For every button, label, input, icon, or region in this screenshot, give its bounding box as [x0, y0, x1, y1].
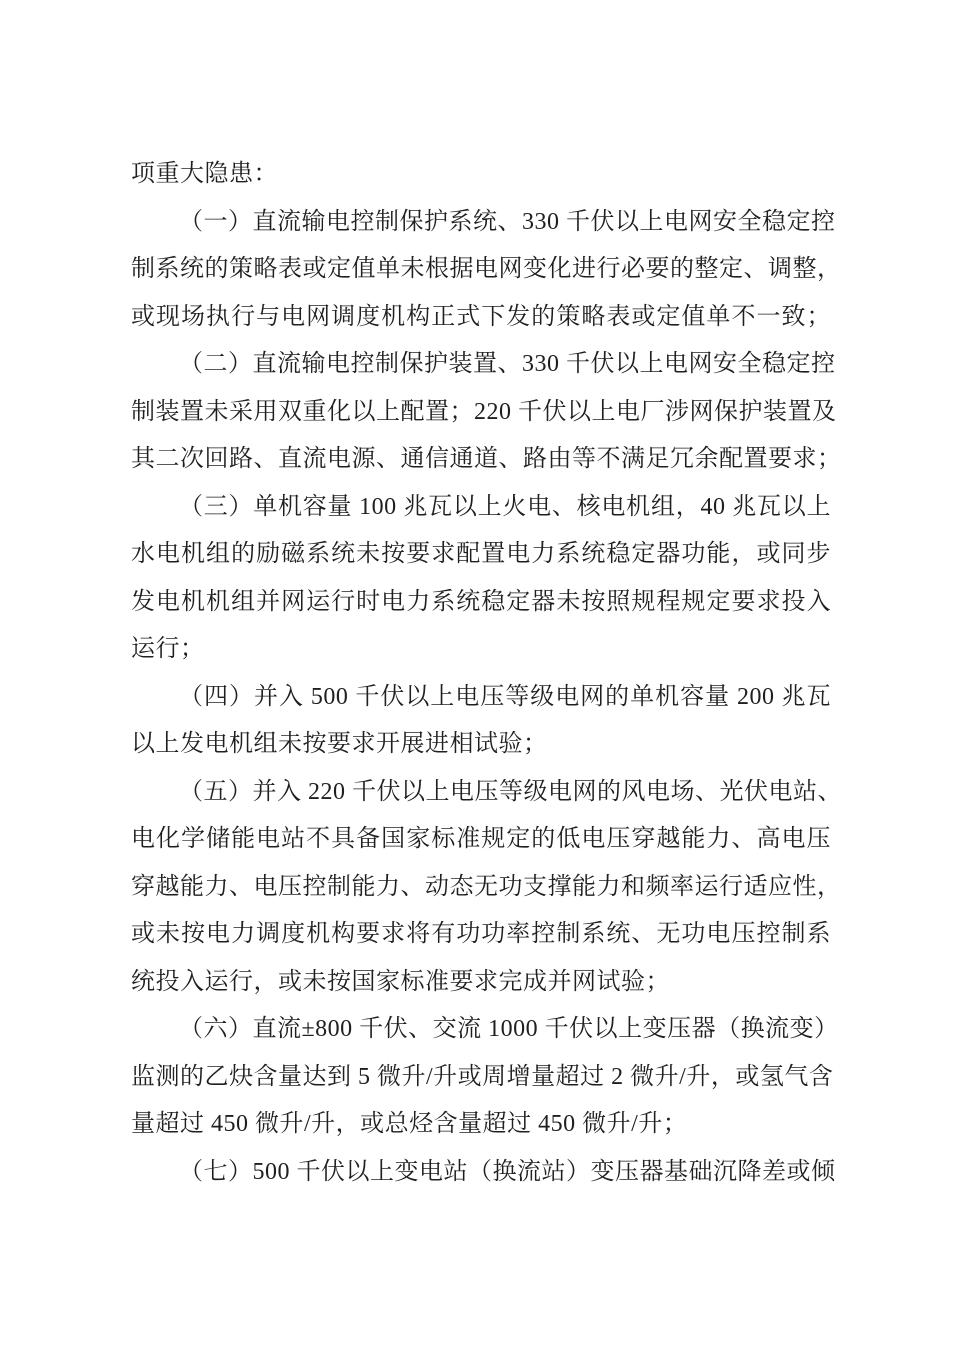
text-line: （七）500 千伏以上变电站（换流站）变压器基础沉降差或倾 — [131, 1149, 831, 1197]
document-page: 项重大隐患： （一）直流输电控制保护系统、330 千伏以上电网安全稳定控 制系统… — [0, 0, 960, 1358]
text-line: 统投入运行，或未按国家标准要求完成并网试验； — [131, 959, 831, 1007]
text-line: 制装置未采用双重化以上配置；220 千伏以上电厂涉网保护装置及 — [131, 389, 831, 437]
text-line: 其二次回路、直流电源、通信通道、路由等不满足冗余配置要求； — [131, 436, 831, 484]
text-line: 监测的乙炔含量达到 5 微升/升或周增量超过 2 微升/升，或氢气含 — [131, 1054, 831, 1102]
paragraph-item-3: （三）单机容量 100 兆瓦以上火电、核电机组，40 兆瓦以上 水电机组的励磁系… — [131, 484, 831, 674]
text-line: （六）直流±800 千伏、交流 1000 千伏以上变压器（换流变） — [131, 1006, 831, 1054]
text-line: 以上发电机组未按要求开展进相试验； — [131, 721, 831, 769]
text-line: （四）并入 500 千伏以上电压等级电网的单机容量 200 兆瓦 — [131, 674, 831, 722]
text-line: 量超过 450 微升/升，或总烃含量超过 450 微升/升； — [131, 1101, 831, 1149]
text-line: 或现场执行与电网调度机构正式下发的策略表或定值单不一致； — [131, 294, 831, 342]
text-line: （一）直流输电控制保护系统、330 千伏以上电网安全稳定控 — [131, 199, 831, 247]
text-line: 制系统的策略表或定值单未根据电网变化进行必要的整定、调整， — [131, 246, 831, 294]
paragraph-item-2: （二）直流输电控制保护装置、330 千伏以上电网安全稳定控 制装置未采用双重化以… — [131, 341, 831, 484]
text-line: 发电机机组并网运行时电力系统稳定器未按照规程规定要求投入 — [131, 579, 831, 627]
paragraph-continuation: 项重大隐患： — [131, 151, 831, 199]
text-line: 穿越能力、电压控制能力、动态无功支撑能力和频率运行适应性， — [131, 864, 831, 912]
text-line: （二）直流输电控制保护装置、330 千伏以上电网安全稳定控 — [131, 341, 831, 389]
paragraph-item-7: （七）500 千伏以上变电站（换流站）变压器基础沉降差或倾 — [131, 1149, 831, 1197]
text-line: 项重大隐患： — [131, 151, 831, 199]
text-line: 运行； — [131, 626, 831, 674]
paragraph-item-4: （四）并入 500 千伏以上电压等级电网的单机容量 200 兆瓦 以上发电机组未… — [131, 674, 831, 769]
paragraph-item-1: （一）直流输电控制保护系统、330 千伏以上电网安全稳定控 制系统的策略表或定值… — [131, 199, 831, 342]
paragraph-item-5: （五）并入 220 千伏以上电压等级电网的风电场、光伏电站、 电化学储能电站不具… — [131, 769, 831, 1007]
text-line: 水电机组的励磁系统未按要求配置电力系统稳定器功能，或同步 — [131, 531, 831, 579]
paragraph-item-6: （六）直流±800 千伏、交流 1000 千伏以上变压器（换流变） 监测的乙炔含… — [131, 1006, 831, 1149]
text-line: （三）单机容量 100 兆瓦以上火电、核电机组，40 兆瓦以上 — [131, 484, 831, 532]
text-line: 电化学储能电站不具备国家标准规定的低电压穿越能力、高电压 — [131, 816, 831, 864]
text-line: （五）并入 220 千伏以上电压等级电网的风电场、光伏电站、 — [131, 769, 831, 817]
text-line: 或未按电力调度机构要求将有功功率控制系统、无功电压控制系 — [131, 911, 831, 959]
